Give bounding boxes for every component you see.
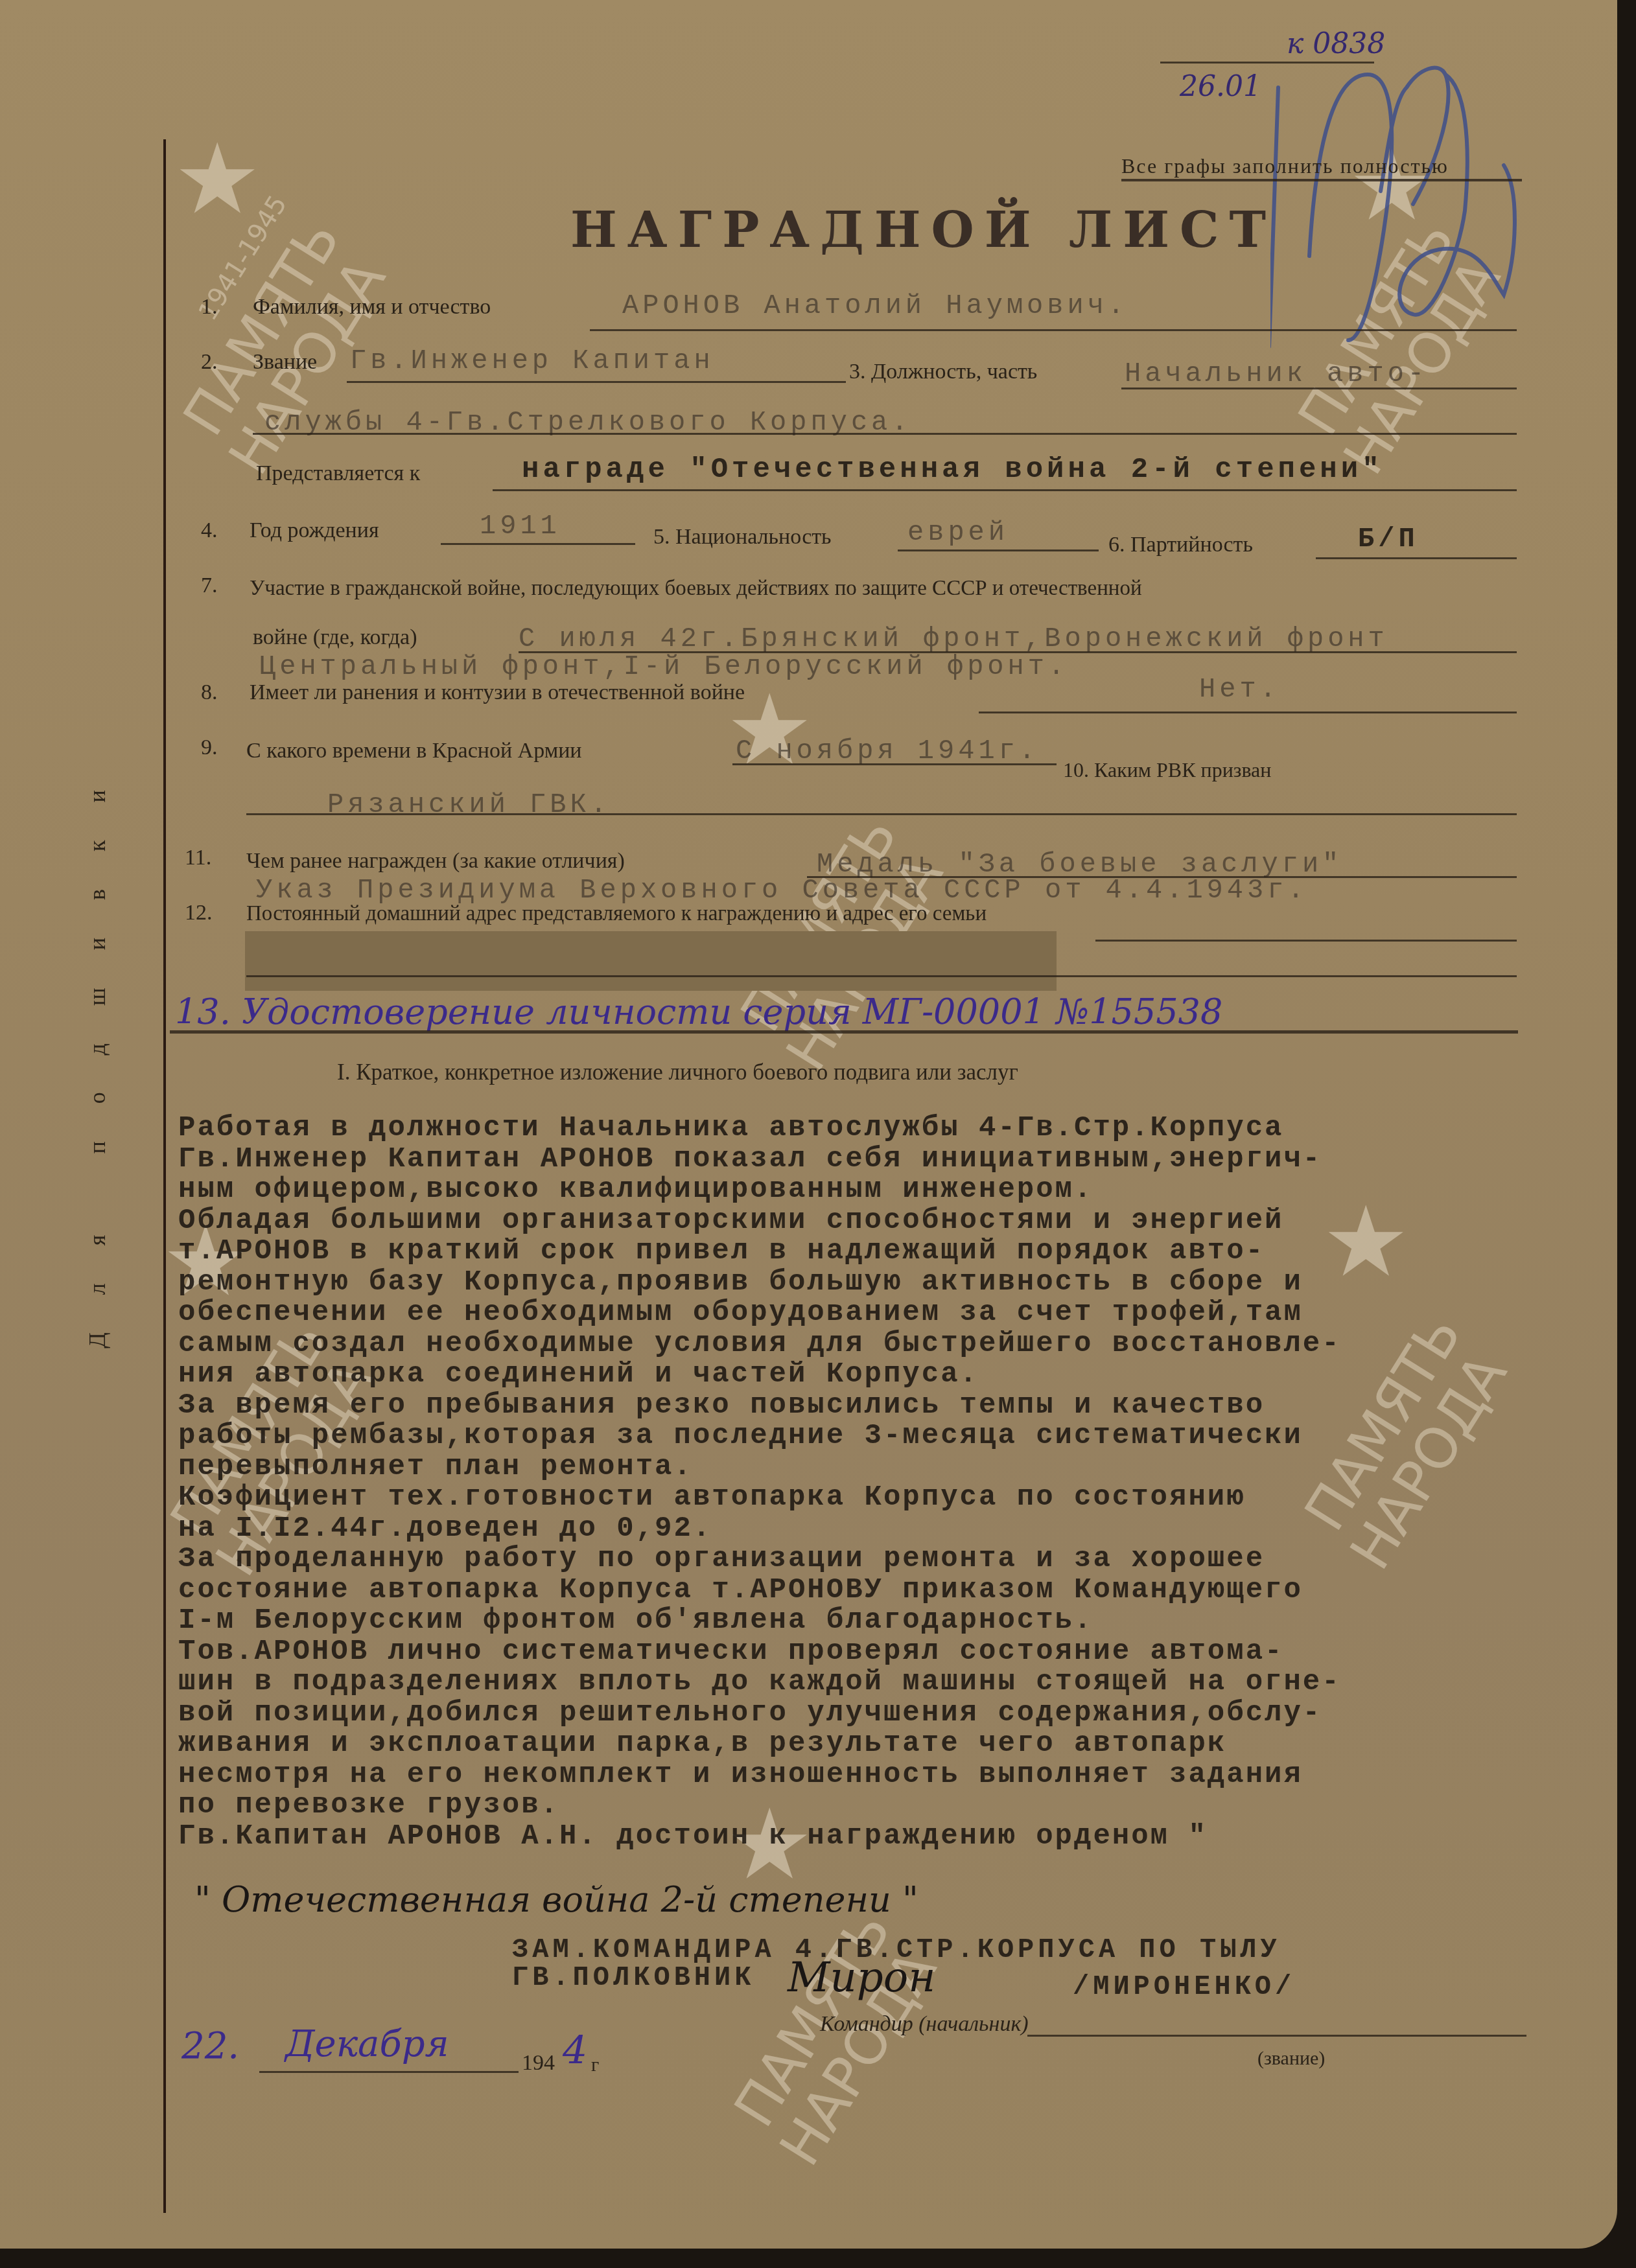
registration-number: к 0838 xyxy=(1287,27,1385,60)
nomination-label: Представляется к xyxy=(256,461,420,486)
date-underline xyxy=(259,2071,519,2073)
field-10-label: 10. Каким РВК призван xyxy=(1063,758,1271,782)
narrative-line: За время его пребывания резко повысились… xyxy=(178,1391,1624,1422)
signatory-rank: ГВ.ПОЛКОВНИК xyxy=(512,1962,754,1993)
narrative-line: вой позиции,добился решительного улучшен… xyxy=(178,1698,1624,1730)
field-11-decree: Указ Президиума Верховного Совета СССР о… xyxy=(256,875,1308,906)
resolution-scribble-icon xyxy=(1270,62,1543,373)
field-2-label: Звание xyxy=(253,350,317,375)
date-year-prefix: 194 xyxy=(522,2051,555,2076)
nomination-underline xyxy=(493,489,1517,491)
field-3-label: 3. Должность, часть xyxy=(849,360,1037,384)
field-6-underline xyxy=(1316,557,1517,559)
narrative-line: работы рембазы,которая за последние 3-ме… xyxy=(178,1421,1624,1452)
narrative-line: Работая в должности Начальника автослужб… xyxy=(178,1113,1624,1144)
narrative-line: ремонтную базу Корпуса,проявив большую а… xyxy=(178,1267,1624,1299)
field-3-underline-2 xyxy=(253,433,1517,435)
instruction-underline xyxy=(1121,179,1522,181)
instruction-note: Все графы заполнить полностью xyxy=(1121,154,1449,178)
narrative-line: шин в подразделениях вплоть до каждой ма… xyxy=(178,1667,1624,1698)
narrative-line: обеспечении ее необходимым оборудованием… xyxy=(178,1298,1624,1329)
field-8-wounds: Нет. xyxy=(1199,674,1280,705)
narrative-line: Обладая большими организаторскими способ… xyxy=(178,1206,1624,1237)
narrative-line: т.АРОНОВ в краткий срок привел в надлежа… xyxy=(178,1236,1624,1267)
field-1-underline xyxy=(590,329,1517,331)
binding-margin-line xyxy=(163,139,166,2213)
field-7-service-record-continued: Центральный фронт,I-й Белорусский фронт. xyxy=(259,651,1068,682)
field-2-underline xyxy=(347,381,846,383)
narrative-line: ным офицером,высоко квалифицированным ин… xyxy=(178,1175,1624,1206)
field-7-label: Участие в гражданской войне, последующих… xyxy=(250,577,1142,601)
field-6-party: Б/П xyxy=(1358,524,1419,555)
field-4-underline xyxy=(441,543,635,545)
field-12-number: 12. xyxy=(185,901,213,925)
section-divider xyxy=(170,1030,1518,1034)
page-title: НАГРАДНОЙ ЛИСТ xyxy=(570,201,1276,259)
date-day: 22. xyxy=(181,2025,239,2067)
narrative-line: перевыполняет план ремонта. xyxy=(178,1452,1624,1483)
field-13-identity-card: 13. Удостоверение личности серия МГ-0000… xyxy=(175,991,1222,1032)
field-4-number: 4. xyxy=(201,518,218,543)
field-12-underline-2 xyxy=(246,975,1517,977)
field-1-label: Фамилия, имя и отчество xyxy=(253,295,491,319)
signature-script: Мирон xyxy=(788,1954,935,2002)
section-heading: I. Краткое, конкретное изложение личного… xyxy=(337,1059,1018,1085)
field-7-number: 7. xyxy=(201,573,218,598)
handwritten-award-name: " Отечественная война 2-й степени " xyxy=(194,1879,918,1920)
field-11-label: Чем ранее награжден (за какие отличия) xyxy=(246,849,625,874)
field-6-label: 6. Партийность xyxy=(1108,533,1253,557)
field-2-number: 2. xyxy=(201,350,218,375)
field-4-birth-year: 1911 xyxy=(480,511,561,542)
narrative-line: состояние автопарка Корпуса т.АРОНОВУ пр… xyxy=(178,1575,1624,1606)
narrative-line: Гв.Капитан АРОНОВ А.Н. достоин к награжд… xyxy=(178,1822,1624,1853)
field-11-number: 11. xyxy=(185,846,211,870)
field-8-number: 8. xyxy=(201,680,218,705)
rank-caption: (звание) xyxy=(1257,2048,1325,2070)
award-sheet-paper: ★ ПАМЯТЬ НАРОДА 1941-1945 ★ ПАМЯТЬ НАРОД… xyxy=(0,0,1617,2249)
field-9-label: С какого времени в Красной Армии xyxy=(246,739,582,763)
field-7-label-continued: войне (где, когда) xyxy=(253,625,417,650)
narrative-line: Тов.АРОНОВ лично систематически проверял… xyxy=(178,1637,1624,1668)
field-10-commissariat: Рязанский ГВК. xyxy=(327,789,611,820)
narrative-line: I-м Белорусским фронтом об'явлена благод… xyxy=(178,1606,1624,1637)
narrative-line: несмотря на его некомплект и изношенност… xyxy=(178,1760,1624,1791)
narrative-text: Работая в должности Начальника автослужб… xyxy=(178,1113,1624,1852)
field-2-rank: Гв.Инженер Капитан xyxy=(350,345,714,376)
field-5-nationality: еврей xyxy=(907,517,1009,548)
narrative-line: по перевозке грузов. xyxy=(178,1790,1624,1822)
signature-underline xyxy=(1027,2035,1526,2037)
field-9-underline xyxy=(732,763,1057,765)
field-9-number: 9. xyxy=(201,735,218,760)
commander-caption: Командир (начальник) xyxy=(820,2012,1029,2037)
field-3-underline xyxy=(1121,388,1517,389)
watermark-star-icon: ★ xyxy=(174,123,261,236)
address-redaction xyxy=(245,931,1057,991)
field-5-label: 5. Национальность xyxy=(653,525,832,550)
field-9-service-start: С ноября 1941г. xyxy=(736,735,1039,767)
field-5-underline xyxy=(898,550,1099,551)
field-1-number: 1. xyxy=(201,295,218,319)
narrative-line: Гв.Инженер Капитан АРОНОВ показал себя и… xyxy=(178,1144,1624,1175)
field-10-underline xyxy=(246,813,1517,815)
narrative-line: Коэфициент тех.готовности автопарка Корп… xyxy=(178,1483,1624,1514)
signatory-name: /МИРОНЕНКО/ xyxy=(1073,1971,1295,2002)
field-3-position: Начальник авто- xyxy=(1125,358,1428,389)
field-12-underline xyxy=(1095,940,1517,942)
narrative-line: на I.I2.44г.доведен до 0,92. xyxy=(178,1514,1624,1545)
date-year-suffix: 4 xyxy=(563,2028,587,2074)
nomination-award: награде "Отечественная война 2-й степени… xyxy=(522,454,1383,486)
field-4-label: Год рождения xyxy=(250,518,379,543)
date-year-mark: г xyxy=(591,2054,599,2076)
field-12-label: Постоянный домашний адрес представляемог… xyxy=(246,902,987,926)
field-1-full-name: АРОНОВ Анатолий Наумович. xyxy=(622,290,1128,321)
field-8-underline xyxy=(979,712,1517,713)
narrative-line: самым создал необходимые условия для быс… xyxy=(178,1329,1624,1360)
registration-date: 26.01 xyxy=(1180,70,1261,103)
narrative-line: ния автопарка соединений и частей Корпус… xyxy=(178,1360,1624,1391)
field-7-service-record: С июля 42г.Брянский фронт,Воронежский фр… xyxy=(519,623,1388,654)
narrative-line: живания и эксплоатации парка,в результат… xyxy=(178,1729,1624,1760)
narrative-line: За проделанную работу по организации рем… xyxy=(178,1544,1624,1575)
field-8-label: Имеет ли ранения и контузии в отечествен… xyxy=(250,680,745,705)
binding-margin-label: Для подшивки xyxy=(84,564,111,1536)
date-month: Декабря xyxy=(285,2023,449,2065)
